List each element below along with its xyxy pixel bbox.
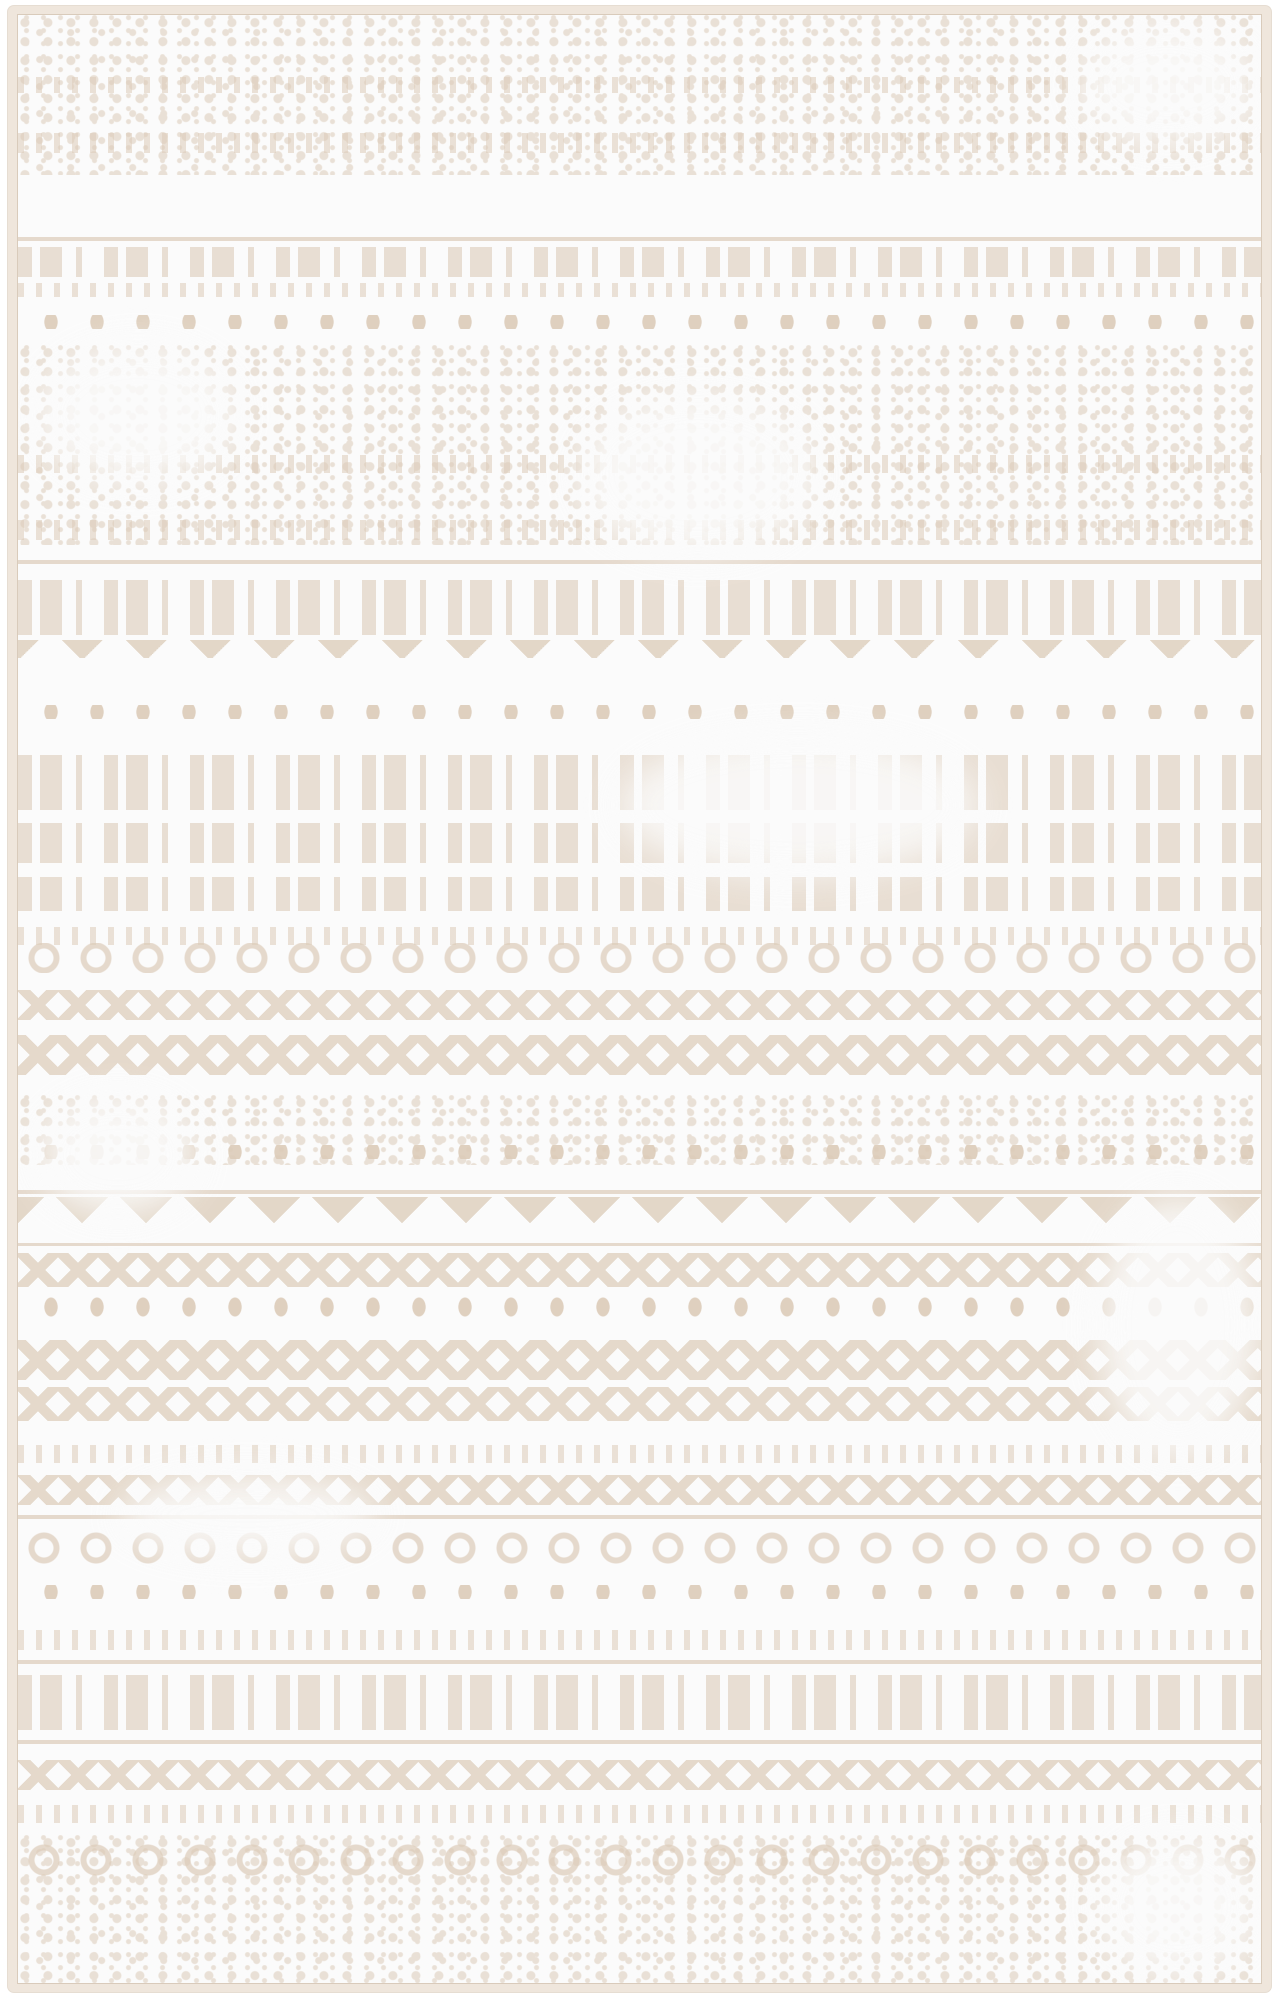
worn-area	[1078, 25, 1258, 145]
rug	[8, 6, 1271, 1992]
pattern-band-ticks	[18, 77, 1261, 93]
pattern-band-dots	[18, 1293, 1261, 1321]
pattern-band-circles	[18, 1840, 1261, 1880]
pattern-band-dots	[18, 705, 1261, 719]
pattern-band-circles	[18, 943, 1261, 973]
pattern-band-zigzag	[18, 990, 1261, 1020]
worn-area	[1098, 1195, 1258, 1455]
rug-field	[17, 14, 1262, 1984]
pattern-band-line	[18, 1243, 1261, 1246]
pattern-band-ticks	[18, 1630, 1261, 1650]
pattern-band-zigzag	[18, 1387, 1261, 1421]
worn-area	[578, 395, 818, 555]
pattern-band-zigzag	[18, 1340, 1261, 1380]
pattern-band-line	[18, 560, 1261, 564]
pattern-band-triangles	[18, 640, 1261, 658]
pattern-band-ticks	[18, 1445, 1261, 1463]
pattern-band-ticks	[18, 133, 1261, 153]
worn-area	[118, 1475, 378, 1555]
pattern-band-dots	[18, 315, 1261, 329]
pattern-band-blocks	[18, 580, 1261, 635]
pattern-band-zigzag	[18, 1760, 1261, 1790]
pattern-band-zigzag	[18, 1035, 1261, 1075]
pattern-band-line	[18, 237, 1261, 241]
pattern-band-blocks	[18, 877, 1261, 911]
worn-area	[38, 345, 238, 485]
pattern-band-line	[18, 1660, 1261, 1664]
pattern-band-blocks	[18, 247, 1261, 277]
pattern-band-zigzag	[18, 1253, 1261, 1287]
worn-area	[1098, 1835, 1258, 1975]
pattern-band-dots	[18, 1585, 1261, 1599]
pattern-band-blocks	[18, 1675, 1261, 1730]
pattern-band-line	[18, 1190, 1261, 1194]
pattern-band-triangles	[18, 1197, 1261, 1237]
pattern-band-ticks	[18, 283, 1261, 297]
pattern-band-dots	[18, 1145, 1261, 1159]
pattern-band-ticks	[18, 1805, 1261, 1823]
worn-area	[38, 1095, 198, 1215]
worn-area	[618, 735, 978, 875]
pattern-band-line	[18, 1740, 1261, 1744]
